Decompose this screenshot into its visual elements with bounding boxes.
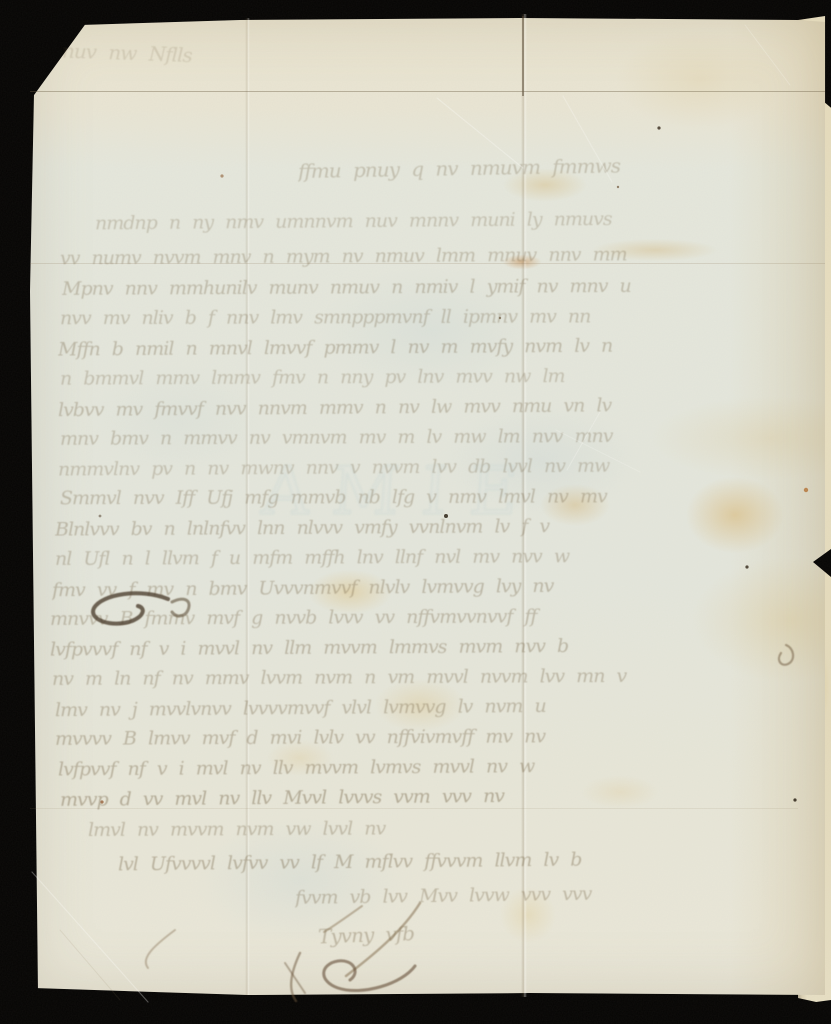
letter-scan: AMIE nuv nw Nfllsffmu pnuy q nv nmuvm fm…	[0, 0, 831, 1024]
paper-sheet	[30, 18, 825, 995]
